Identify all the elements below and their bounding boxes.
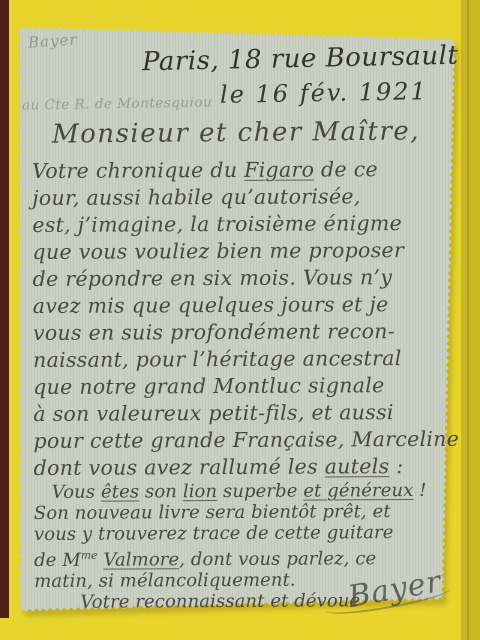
- handwriting-segment: dont vous avez rallumé les: [34, 454, 325, 480]
- handwriting-line: est, j’imagine, la troisième énigme: [32, 210, 452, 239]
- handwriting-segment: Figaro: [244, 158, 314, 182]
- handwriting-segment: lion: [183, 481, 217, 502]
- handwriting-segment: jour, aussi habile qu’autorisée,: [32, 184, 361, 210]
- handwriting-segment: Son nouveau livre sera bientôt prêt, et: [34, 501, 391, 524]
- handwriting-segment: que vous vouliez bien me proposer: [32, 238, 404, 264]
- handwriting-line: vous en suis profondément recon-: [33, 318, 453, 347]
- address-line: Paris, 18 rue Boursault: [141, 41, 458, 78]
- handwriting-line: que vous vouliez bien me proposer: [32, 237, 452, 266]
- handwriting-segment: Valmore: [103, 549, 179, 570]
- handwriting-segment: pour cette grande Française, Marceline: [33, 427, 459, 453]
- letter-card: Bayer au Cte R. de Montesquiou Paris, 18…: [18, 26, 456, 612]
- handwriting-segment: matin, si mélancoliquement.: [34, 570, 296, 592]
- handwriting-line: de répondre en six mois. Vous n’y: [33, 264, 453, 293]
- salutation-line: Monsieur et cher Maître,: [52, 116, 420, 149]
- handwriting-segment: à son valeureux petit-fils, et aussi: [33, 400, 394, 426]
- handwriting-line: à son valeureux petit-fils, et aussi: [33, 399, 453, 428]
- handwriting-segment: est, j’imagine, la troisième énigme: [32, 211, 402, 237]
- handwriting-line: naissant, pour l’héritage ancestral: [33, 345, 453, 374]
- handwriting-segment: superbe: [217, 481, 303, 502]
- handwriting-line: que notre grand Montluc signale: [33, 372, 453, 401]
- photo-of-letter: Bayer au Cte R. de Montesquiou Paris, 18…: [0, 0, 480, 640]
- handwriting-line: Vous êtes son lion superbe et généreux !: [34, 480, 454, 503]
- left-binding-strip: [0, 0, 9, 618]
- date-line: le 16 fév. 1921: [220, 77, 428, 109]
- handwriting-segment: de répondre en six mois. Vous n’y: [33, 265, 393, 291]
- handwriting-line: Son nouveau livre sera bientôt prêt, et: [34, 501, 454, 524]
- handwriting-line: pour cette grande Française, Marceline: [33, 426, 453, 455]
- handwriting-segment: que notre grand Montluc signale: [33, 373, 384, 399]
- handwriting-segment: autels: [325, 454, 390, 478]
- handwriting-segment: me: [81, 549, 98, 562]
- handwriting-line: dont vous avez rallumé les autels :: [34, 453, 454, 482]
- right-edge-fold-line: [467, 0, 469, 640]
- handwriting-segment: Vous: [52, 482, 101, 503]
- pencil-owner-annotation: Bayer: [27, 30, 78, 51]
- handwriting-segment: avez mis que quelques jours et je: [33, 292, 389, 318]
- handwriting-segment: !: [413, 480, 426, 501]
- right-edge-stripe: [461, 0, 480, 640]
- handwriting-segment: son: [139, 481, 183, 502]
- handwriting-segment: naissant, pour l’héritage ancestral: [33, 346, 402, 372]
- handwriting-segment: Votre chronique du: [32, 158, 244, 183]
- handwriting-line: jour, aussi habile qu’autorisée,: [32, 183, 452, 212]
- handwriting-line: avez mis que quelques jours et je: [33, 291, 453, 320]
- handwriting-segment: êtes: [101, 481, 139, 502]
- handwriting-segment: :: [389, 454, 403, 478]
- handwriting-segment: vous en suis profondément recon-: [33, 319, 395, 345]
- handwriting-segment: , dont vous parlez, ce: [179, 548, 376, 570]
- handwriting-line: de Mme Valmore, dont vous parlez, ce: [34, 543, 454, 571]
- pencil-recipient-annotation: au Cte R. de Montesquiou: [22, 94, 212, 113]
- handwriting-segment: vous y trouverez trace de cette guitare: [34, 522, 394, 545]
- handwriting-segment: et généreux: [303, 480, 413, 502]
- handwriting-segment: Votre reconnaissant et dévoué: [80, 590, 360, 612]
- handwriting-segment: de M: [34, 550, 81, 571]
- handwriting-segment: de ce: [314, 157, 378, 181]
- handwriting-line: Votre chronique du Figaro de ce: [32, 156, 452, 185]
- handwriting-line: vous y trouverez trace de cette guitare: [34, 522, 454, 545]
- letter-body-lines: Votre chronique du Figaro de cejour, aus…: [32, 156, 454, 613]
